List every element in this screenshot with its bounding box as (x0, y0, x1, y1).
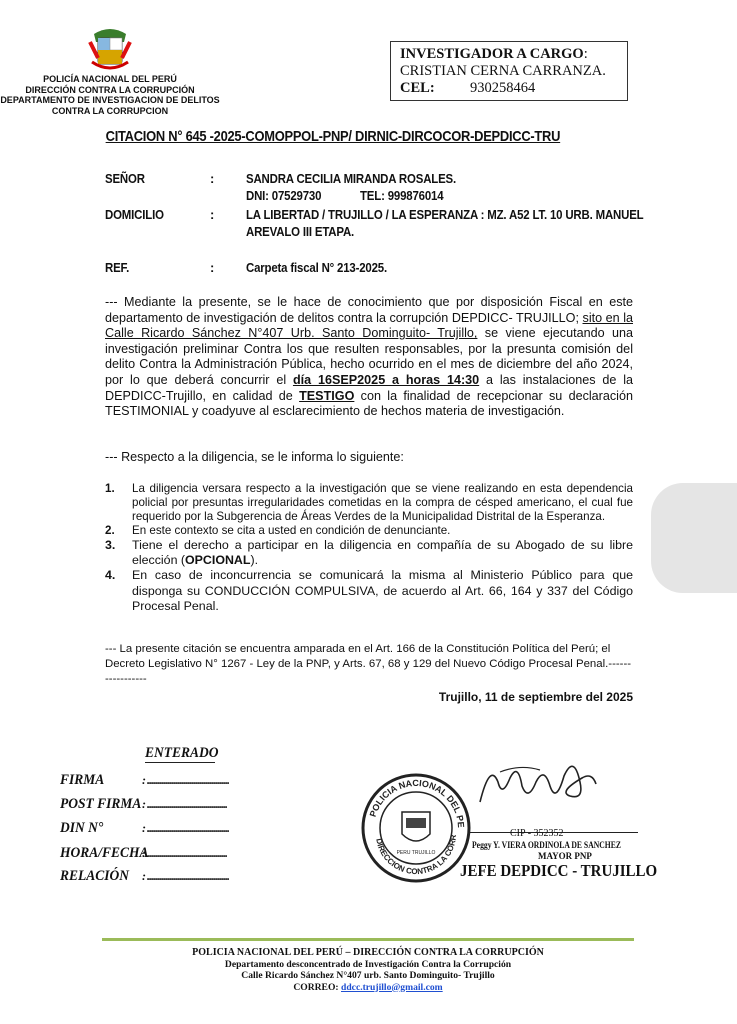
issue-date: Trujillo, 11 de septiembre del 2025 (439, 690, 633, 704)
org-line: POLICÍA NACIONAL DEL PERÚ (0, 74, 220, 85)
organization-header: POLICÍA NACIONAL DEL PERÚ DIRECCIÓN CONT… (0, 74, 220, 116)
reference-value: Carpeta fiscal N° 213-2025. (246, 260, 387, 275)
summons-paragraph: --- Mediante la presente, se le hace de … (105, 295, 633, 420)
colon: : (210, 260, 214, 275)
recipient-dni: DNI: 07529730 (246, 188, 321, 203)
signatory-rank: MAYOR PNP (538, 851, 592, 861)
colon: : (210, 207, 214, 222)
ref-label: REF. (105, 260, 129, 275)
cip-number: CIP - 352352 (510, 828, 564, 839)
para-text: --- Mediante la presente, se le hace de … (105, 295, 633, 325)
svg-text:PERU TRUJILLO: PERU TRUJILLO (397, 850, 436, 856)
address-line-1: LA LIBERTAD / TRUJILLO / LA ESPERANZA : … (246, 207, 643, 222)
role-text: TESTIGO (299, 389, 354, 403)
list-item: 2.En este contexto se cita a usted en co… (105, 524, 633, 538)
list-item: 4.En caso de inconcurrencia se comunicar… (105, 568, 633, 615)
hora-fecha-field[interactable]: HORA/FECHA: ............................… (60, 845, 227, 862)
investigator-label: INVESTIGADOR A CARGO (400, 46, 584, 62)
post-firma-field[interactable]: POST FIRMA: ............................… (60, 796, 227, 813)
investigator-box: INVESTIGADOR A CARGO: CRISTIAN CERNA CAR… (390, 41, 628, 101)
police-seal-icon: POLICIA NACIONAL DEL PERU DIRECCION CONT… (360, 772, 472, 884)
list-item: 1.La diligencia versara respecto a la in… (105, 482, 633, 524)
recipient-tel: TEL: 999876014 (360, 188, 443, 203)
email-label: CORREO: (293, 982, 341, 993)
org-line: DEPARTAMENTO DE INVESTIGACION DE DELITOS (0, 95, 220, 106)
footer-line-2: Departamento desconcentrado de Investiga… (102, 959, 634, 971)
intro-list-text: --- Respecto a la diligencia, se le info… (105, 450, 633, 466)
org-line: DIRECCIÓN CONTRA LA CORRUPCIÓN (0, 85, 220, 96)
divider (145, 762, 215, 763)
phone-number: 930258464 (470, 80, 535, 96)
phone-label: CEL: (400, 80, 470, 97)
footer: POLICIA NACIONAL DEL PERÚ – DIRECCIÓN CO… (102, 947, 634, 993)
senor-label: SEÑOR (105, 171, 145, 186)
footer-line-3: Calle Ricardo Sánchez N°407 urb. Santo D… (102, 970, 634, 982)
email-link[interactable]: ddcc.trujillo@gmail.com (341, 982, 443, 993)
signature-image (470, 752, 600, 822)
org-line: CONTRA LA CORRUPCION (0, 106, 220, 117)
din-field[interactable]: DIN N°: ................................… (60, 820, 229, 837)
firma-field[interactable]: FIRMA: .................................… (60, 772, 229, 789)
list-item: 3.Tiene el derecho a participar en la di… (105, 538, 633, 568)
domicilio-label: DOMICILIO (105, 207, 164, 222)
signatory-name: Peggy Y. VIERA ORDINOLA DE SANCHEZ (472, 840, 621, 850)
legal-basis: --- La presente citación se encuentra am… (105, 642, 633, 687)
appointment-date: día 16SEP2025 a horas 14:30 (293, 373, 479, 387)
colon: : (210, 171, 214, 186)
enterado-heading: ENTERADO (145, 745, 219, 762)
side-scroll-handle[interactable] (651, 483, 737, 593)
recipient-name: SANDRA CECILIA MIRANDA ROSALES. (246, 171, 456, 186)
diligence-list: 1.La diligencia versara respecto a la in… (105, 482, 633, 615)
coat-of-arms-icon (88, 22, 132, 72)
footer-line-1: POLICIA NACIONAL DEL PERÚ – DIRECCIÓN CO… (102, 947, 634, 959)
signatory-title: JEFE DEPDICC - TRUJILLO (460, 861, 657, 881)
relacion-field[interactable]: RELACIÓN: ..............................… (60, 868, 229, 885)
investigator-name: CRISTIAN CERNA CARRANZA. (400, 63, 618, 80)
footer-divider (102, 938, 634, 941)
address-line-2: AREVALO III ETAPA. (246, 224, 354, 239)
document-title: CITACION N° 645 -2025-COMOPPOL-PNP/ DIRN… (105, 128, 561, 145)
